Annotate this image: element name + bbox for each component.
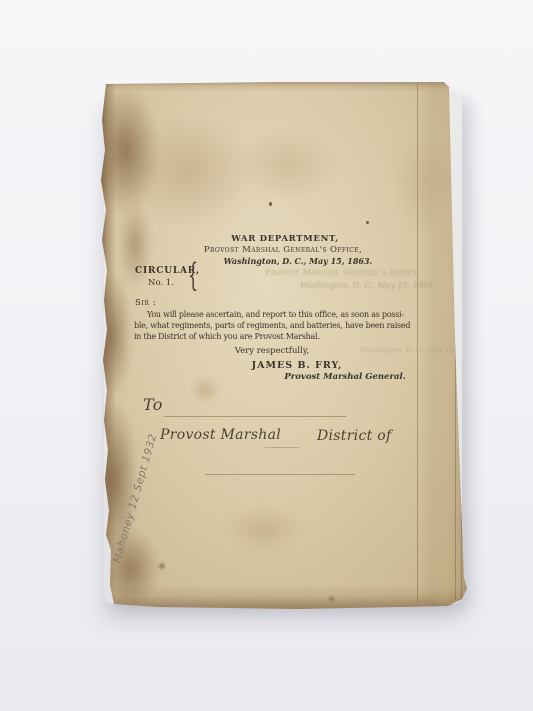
- header-dateline: Washington, D. C., May 15, 1863.: [158, 256, 438, 266]
- photo-background: Provost Marshal General's Office, Washin…: [0, 0, 533, 711]
- header-office: Provost Marshal General's Office,: [143, 245, 423, 255]
- fill-in-blank-line: [265, 447, 299, 448]
- signature-name: JAMES B. FRY,: [227, 360, 367, 371]
- ghost-faint-line: Washington, D. C., May 15, 1863.: [334, 346, 504, 354]
- document-page: Provost Marshal General's Office, Washin…: [98, 80, 470, 610]
- page-top-edge: [98, 80, 470, 92]
- paper-stain: [224, 506, 304, 552]
- brace-glyph: {: [188, 259, 198, 291]
- fill-in-blank-line: [164, 416, 346, 417]
- closing-line: Very respectfully,: [202, 346, 342, 356]
- body-line: ble, what regiments, parts of regiments,…: [134, 321, 410, 330]
- paper-stain: [190, 378, 220, 402]
- fill-in-to-label: To: [143, 395, 163, 414]
- fill-in-district-of-label: District of: [317, 428, 392, 444]
- fill-in-blank-line: [205, 474, 355, 475]
- signature-title: Provost Marshal General.: [275, 372, 415, 382]
- salutation: Sir :: [135, 298, 156, 308]
- paper-stain: [394, 132, 454, 232]
- circular-number: No. 1.: [148, 278, 174, 288]
- fill-in-provost-marshal-label: Provost Marshal: [160, 427, 281, 443]
- ghost-office-line: Provost Marshal General's Office,: [208, 268, 478, 277]
- header-department: WAR DEPARTMENT,: [145, 234, 425, 244]
- ink-speck: [366, 221, 369, 224]
- body-line: in the District of which you are Provost…: [134, 332, 320, 341]
- paper-stain: [92, 270, 132, 400]
- paper-stain: [158, 562, 166, 570]
- paper-stain: [328, 596, 335, 602]
- ink-speck: [269, 202, 272, 206]
- body-line: You will please ascertain, and report to…: [147, 310, 404, 319]
- paper-stain: [238, 130, 338, 200]
- ghost-dateline: Washington, D. C., May 15, 1863.: [248, 281, 488, 290]
